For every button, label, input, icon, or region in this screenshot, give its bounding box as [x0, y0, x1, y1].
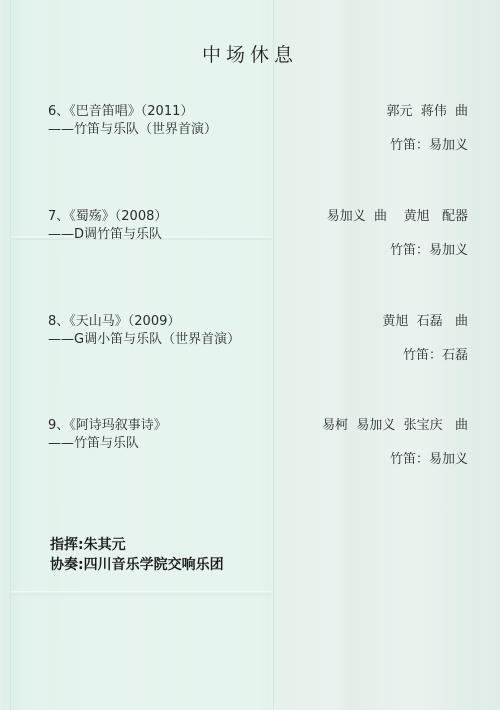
piece-subtitle: ——竹笛与乐队	[48, 435, 167, 453]
conductor-credit: 指挥:朱其元	[50, 535, 224, 555]
piece-title: 9、《阿诗玛叙事诗》	[48, 417, 167, 435]
piece-composer: 郭元 蒋伟 曲	[386, 103, 468, 121]
piece-soloist: 竹笛：石磊	[382, 347, 468, 365]
piece-soloist: 竹笛：易加义	[386, 137, 468, 155]
piece-title: 7、《蜀殇》（2008）	[48, 208, 167, 226]
piece-subtitle: ——G调小笛与乐队（世界首演）	[48, 331, 240, 349]
piece-subtitle: ——竹笛与乐队（世界首演）	[48, 121, 217, 139]
bamboo-node	[10, 591, 272, 595]
piece-soloist: 竹笛：易加义	[322, 451, 468, 469]
piece-composer: 易加义 曲 黄旭 配器	[327, 208, 468, 226]
piece-subtitle: ——D调竹笛与乐队	[48, 226, 167, 244]
piece-title: 8、《天山马》（2009）	[48, 313, 240, 331]
piece-composer: 黄旭 石磊 曲	[382, 313, 468, 331]
performance-credits: 指挥:朱其元 协奏:四川音乐学院交响乐团	[50, 535, 224, 575]
piece-soloist: 竹笛：易加义	[327, 242, 468, 260]
page-title: 中场休息	[0, 40, 500, 67]
piece-title: 6、《巴音笛唱》（2011）	[48, 103, 217, 121]
piece-composer: 易柯 易加义 张宝庆 曲	[322, 417, 468, 435]
orchestra-credit: 协奏:四川音乐学院交响乐团	[50, 555, 224, 575]
